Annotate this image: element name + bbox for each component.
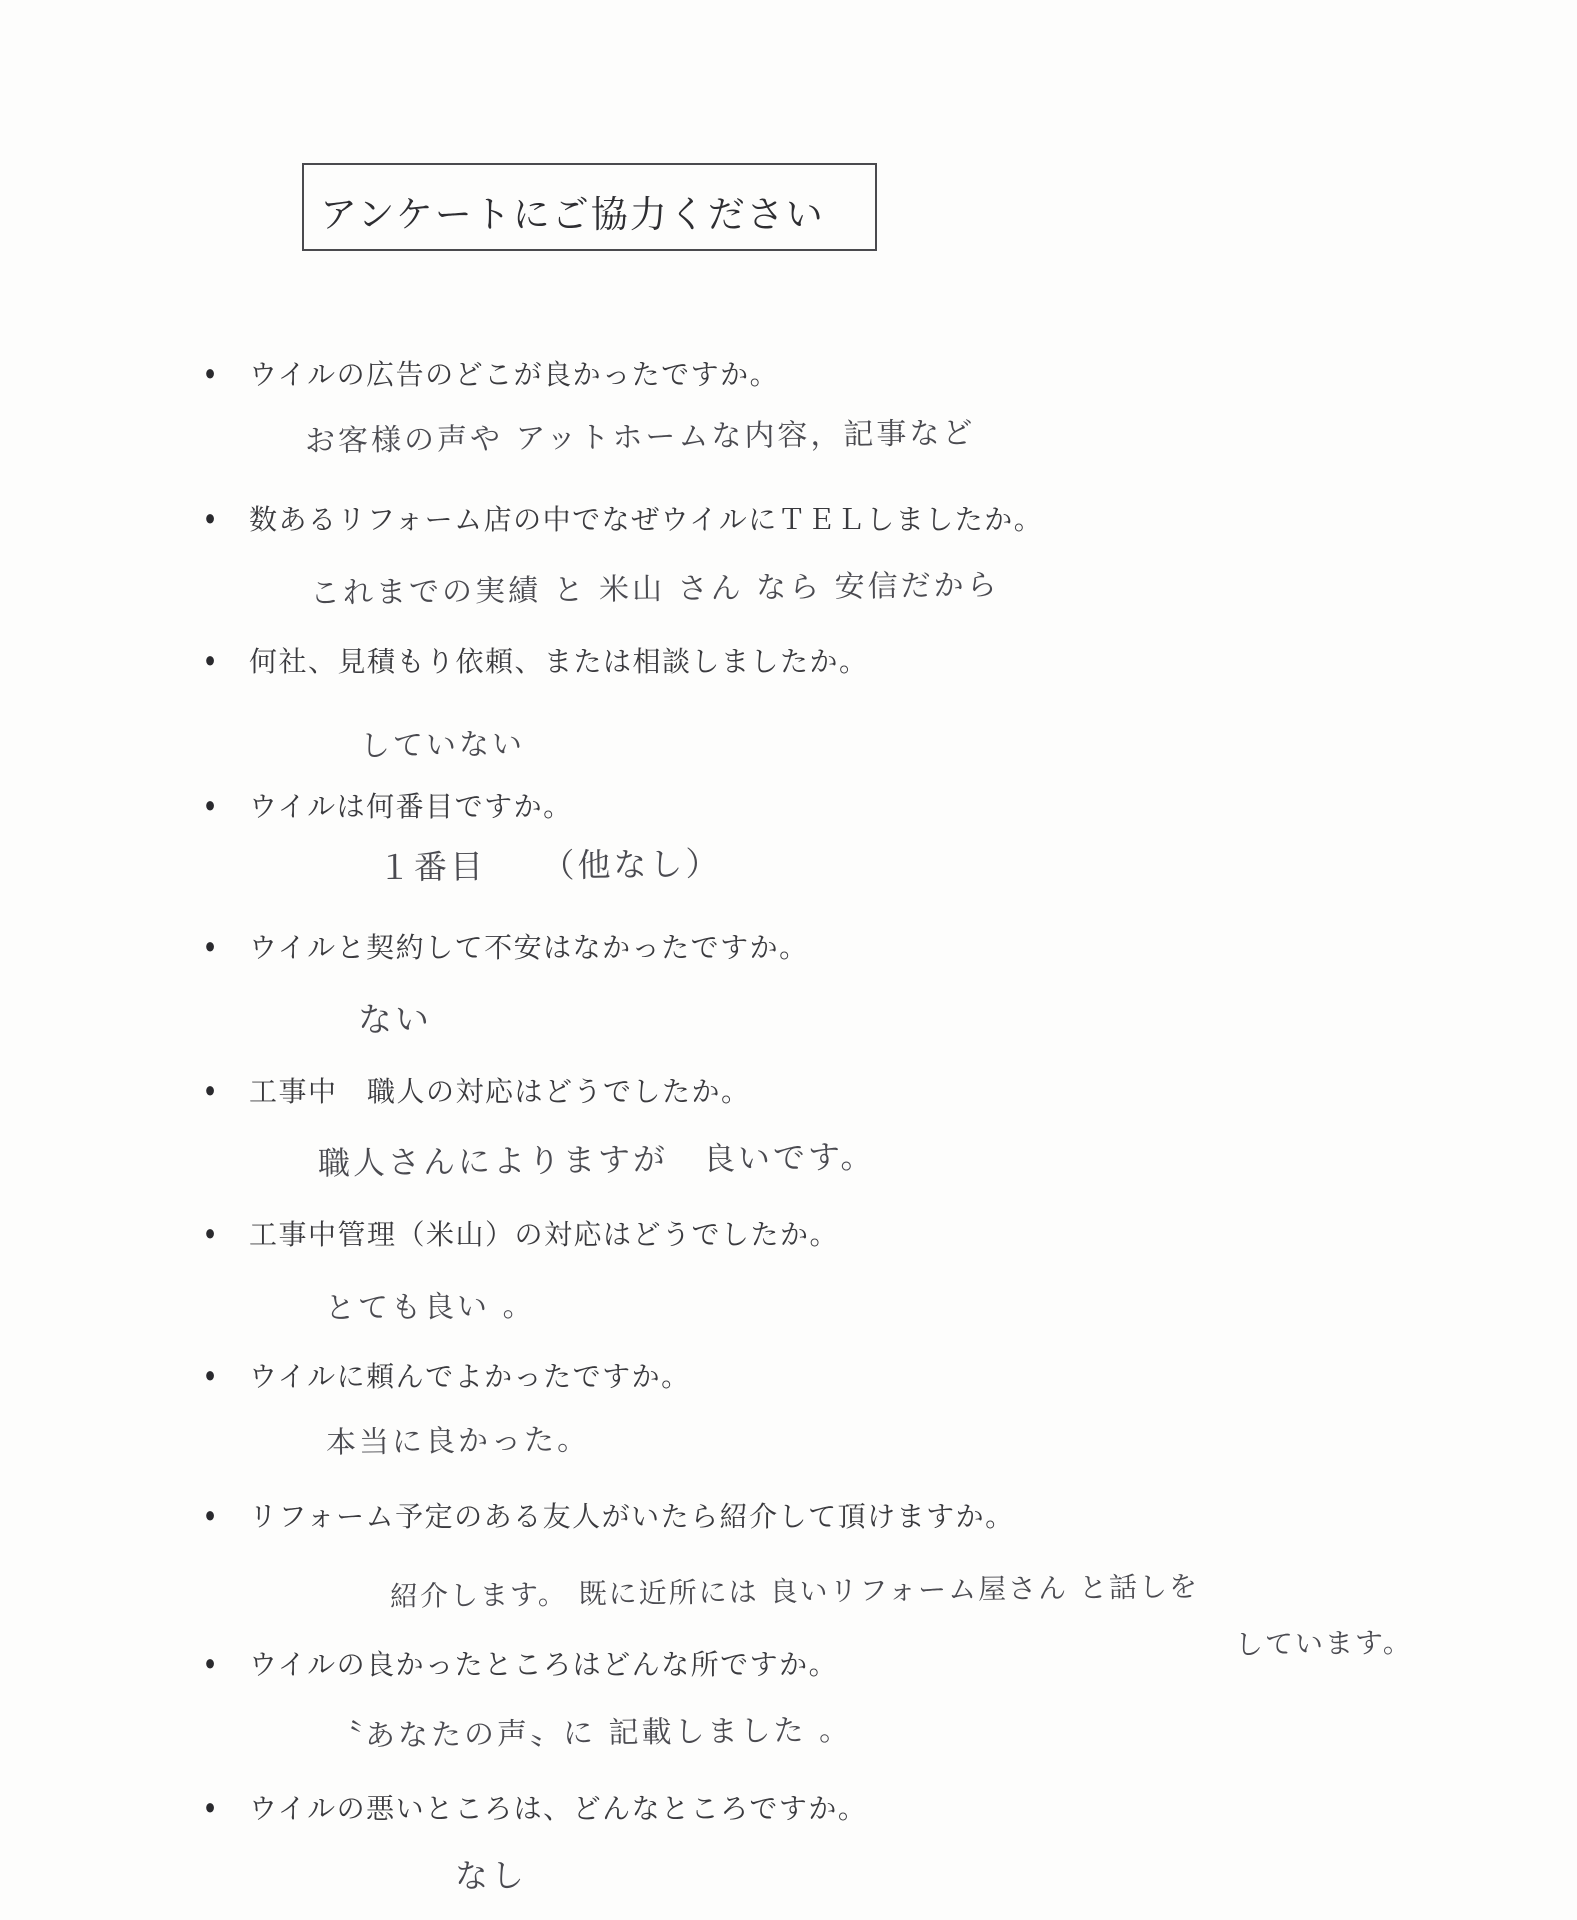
handwritten-answer: とても良い 。 [325,1287,536,1330]
question-text: 工事中管理（米山）の対応はどうでしたか。 [249,1218,839,1254]
handwritten-answer: ない [358,1000,432,1041]
title-box: アンケートにご協力ください [302,163,877,251]
question-row: ● リフォーム予定のある友人がいたら紹介して頂けますか。 [203,1500,1015,1536]
question-row: ● 工事中管理（米山）の対応はどうでしたか。 [203,1218,839,1254]
handwritten-answer: １番目 （他なし） [378,844,722,888]
handwritten-answer: お客様の声や アットホームな内容，記事など [305,414,976,462]
question-text: ウイルの悪いところは、どんなところですか。 [249,1792,867,1828]
question-text: 何社、見積もり依頼、または相談しましたか。 [249,645,869,681]
question-text: 数あるリフォーム店の中でなぜウイルにＴＥＬしましたか。 [249,503,1043,539]
handwritten-answer-continued: しています。 [1235,1623,1413,1665]
question-row: ● ウイルと契約して不安はなかったですか。 [203,931,809,967]
question-text: ウイルの良かったところはどんな所ですか。 [249,1648,838,1684]
question-text: ウイルと契約して不安はなかったですか。 [249,931,809,967]
question-row: ● 工事中 職人の対応はどうでしたか。 [203,1075,751,1111]
handwritten-answer: していない [360,725,525,767]
scanned-questionnaire-page: アンケートにご協力ください ● ウイルの広告のどこが良かったですか。 お客様の声… [0,0,1577,1920]
bullet-icon: ● [205,931,220,955]
question-row: ● ウイルの良かったところはどんな所ですか。 [203,1648,838,1684]
question-text: ウイルの広告のどこが良かったですか。 [249,358,779,394]
handwritten-answer: 〝あなたの声〟に 記載しました 。 [332,1711,853,1757]
question-row: ● ウイルの広告のどこが良かったですか。 [203,358,779,394]
bullet-icon: ● [205,1360,220,1384]
bullet-icon: ● [205,503,220,527]
handwritten-answer: 本当に良かった。 [326,1420,590,1463]
bullet-icon: ● [205,645,220,669]
handwritten-answer: 紹介します。 既に近所には 良いリフォーム屋さん と話しを [390,1567,1200,1617]
question-row: ● ウイルに頼んでよかったですか。 [203,1360,691,1396]
question-row: ● 何社、見積もり依頼、または相談しましたか。 [203,645,869,681]
bullet-icon: ● [205,1218,220,1242]
bullet-icon: ● [205,1075,220,1099]
bullet-icon: ● [205,1648,220,1672]
question-row: ● 数あるリフォーム店の中でなぜウイルにＴＥＬしましたか。 [203,503,1043,539]
bullet-icon: ● [205,358,220,382]
page-title: アンケートにご協力ください [304,176,825,238]
question-text: リフォーム予定のある友人がいたら紹介して頂けますか。 [249,1500,1015,1536]
question-row: ● ウイルは何番目ですか。 [203,790,573,826]
bullet-icon: ● [205,790,220,814]
question-text: 工事中 職人の対応はどうでしたか。 [249,1075,751,1111]
bullet-icon: ● [205,1500,220,1524]
question-text: ウイルに頼んでよかったですか。 [249,1360,691,1396]
handwritten-answer: 職人さんによりますが 良いです。 [318,1137,876,1184]
question-row: ● ウイルの悪いところは、どんなところですか。 [203,1792,867,1828]
handwritten-answer: なし [455,1856,527,1897]
bullet-icon: ● [205,1792,220,1816]
question-text: ウイルは何番目ですか。 [249,790,573,826]
handwritten-answer: これまでの実績 と 米山 さん なら 安信だから [310,566,1000,614]
